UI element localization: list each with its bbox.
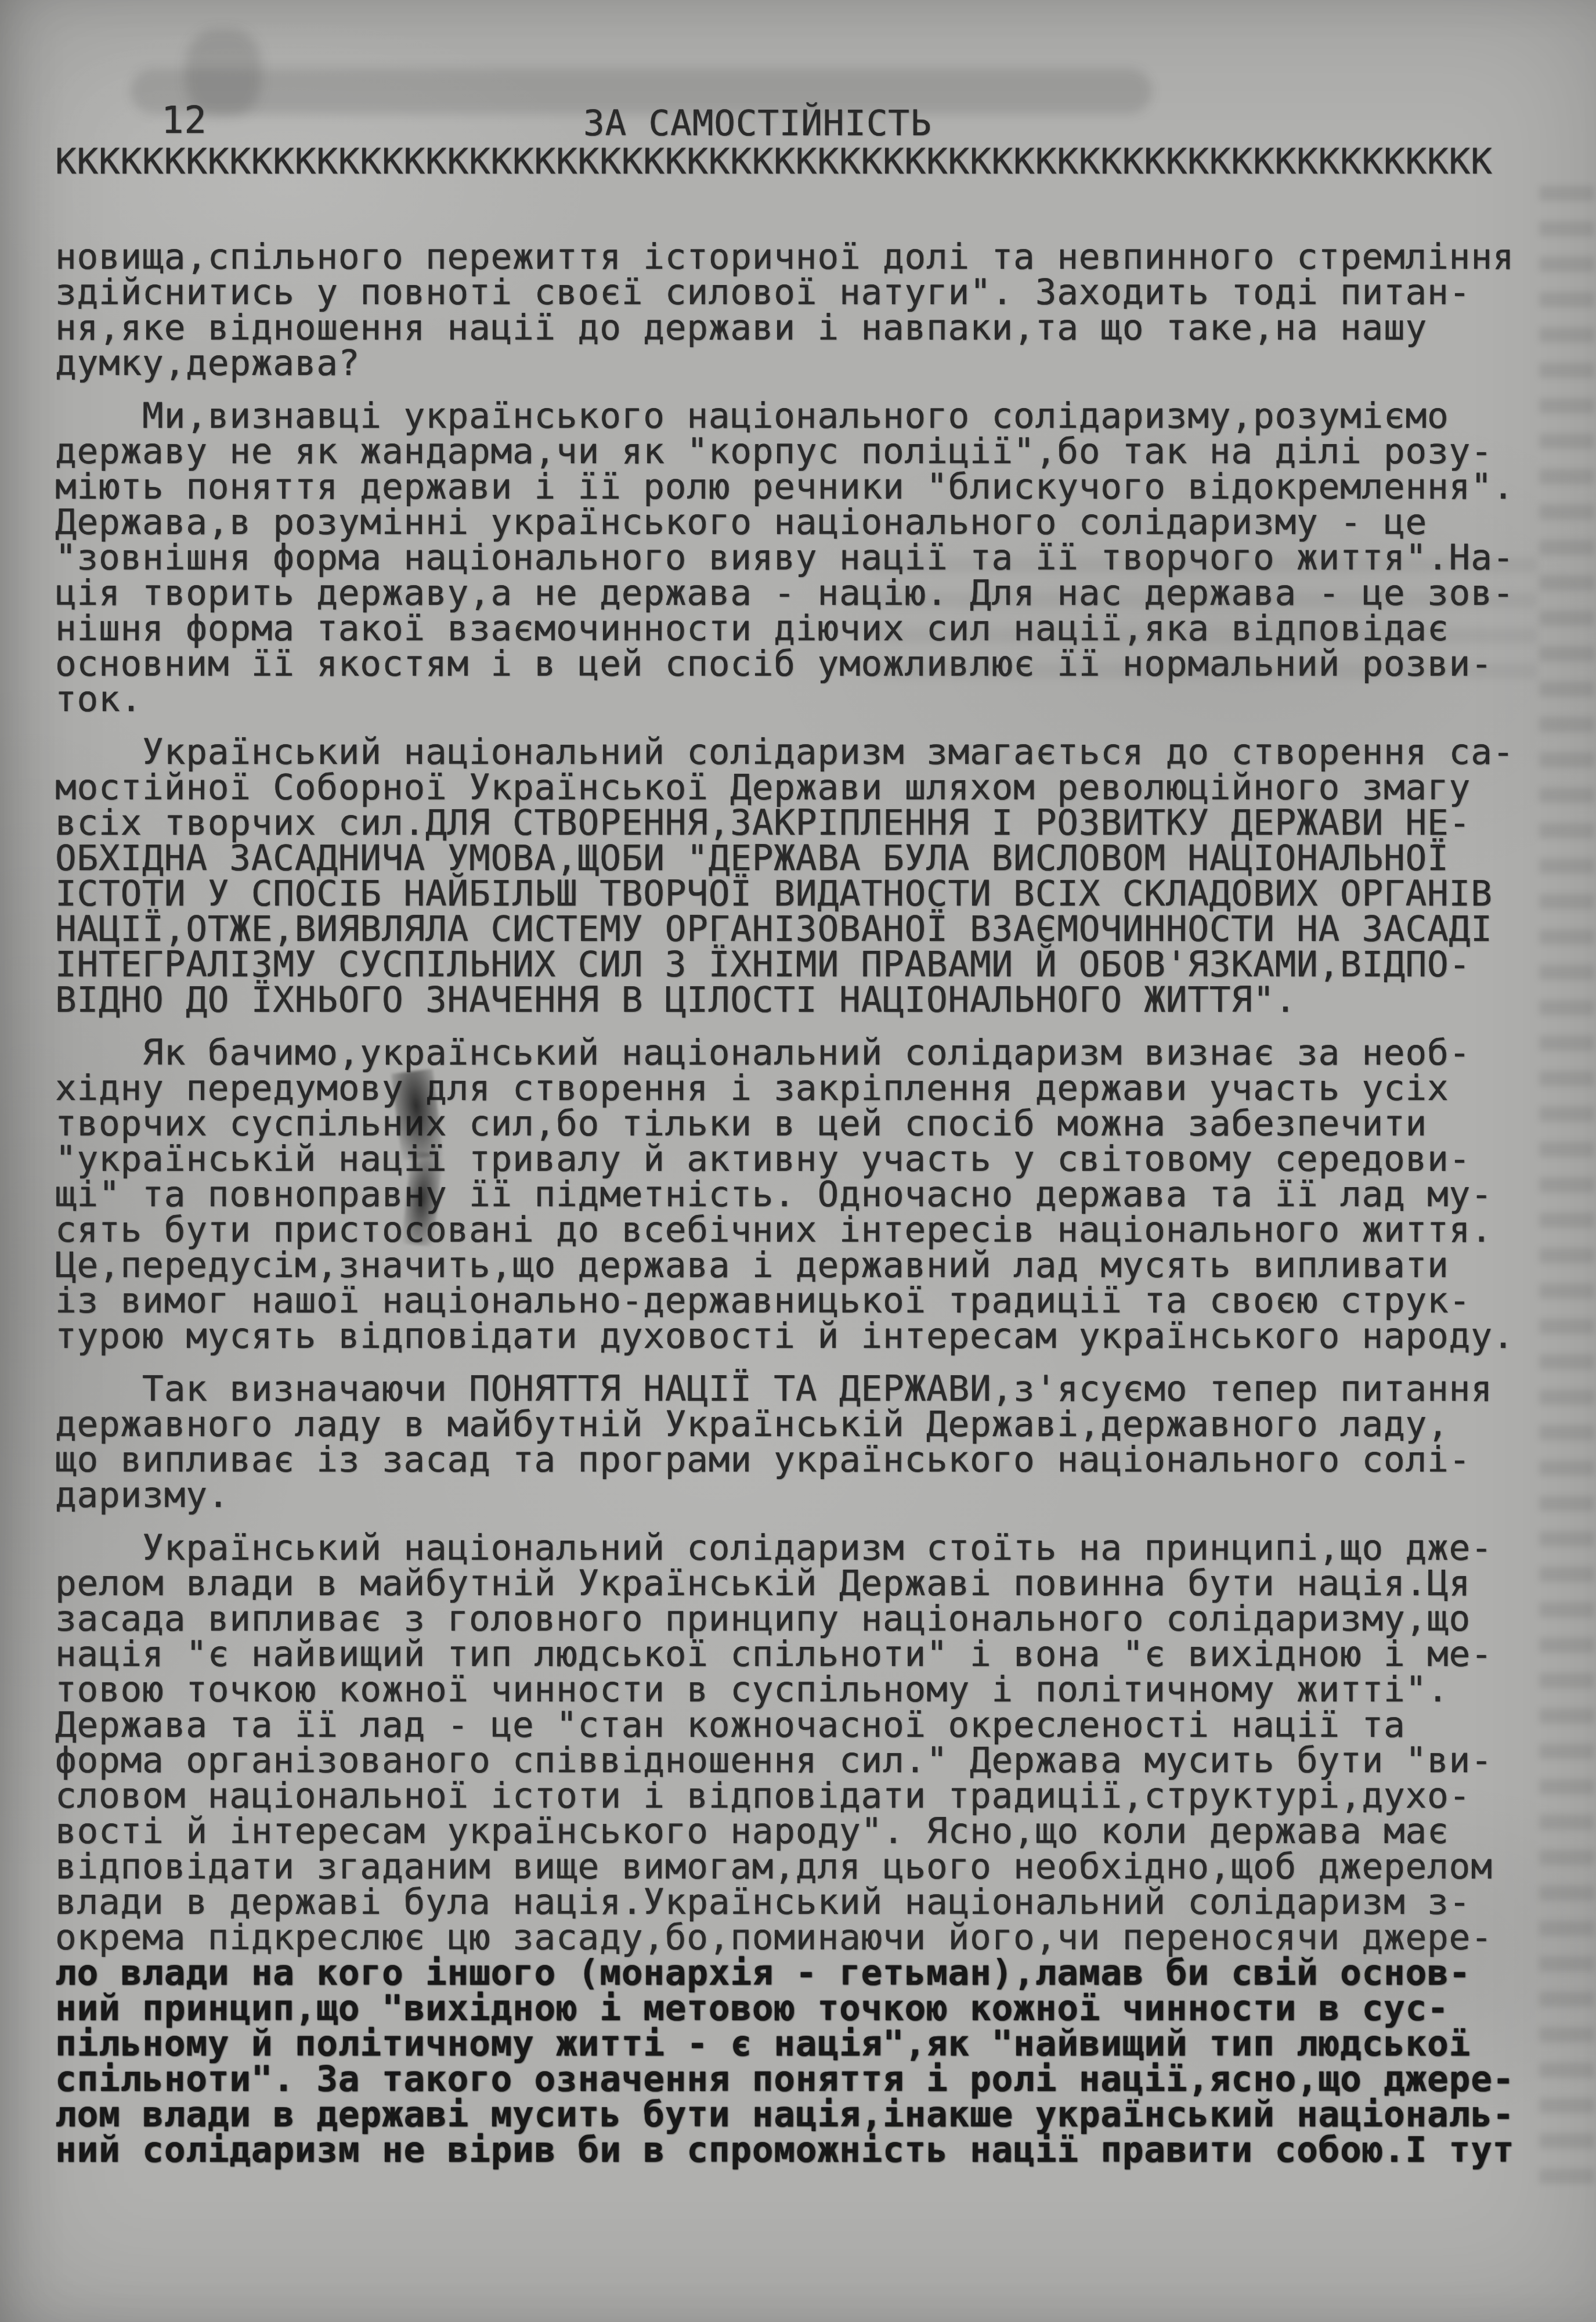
page-title: ЗА САМОСТІЙНІСТЬ [583, 106, 931, 141]
page-body: новища,спільного пережиття історичної до… [55, 239, 1532, 2185]
paragraph-6-continued: ло влади на кого іншого (монархія - геть… [55, 1955, 1532, 2168]
bleedthrough-right-margin [1539, 186, 1595, 2188]
paragraph-3: Український національний солідаризм змаг… [55, 734, 1532, 1018]
paragraph-1: новища,спільного пережиття історичної до… [55, 239, 1532, 381]
page-number: 12 [161, 103, 207, 139]
paragraph-5: Так визначаючи ПОНЯТТЯ НАЦІЇ ТА ДЕРЖАВИ,… [55, 1371, 1532, 1513]
separator-k-row: КККККККККККККККККККККККККККККККККККККККК… [55, 144, 1493, 179]
paragraph-4: Як бачимо,український національний солід… [55, 1035, 1532, 1354]
paragraph-2: Ми,визнавці українського національного с… [55, 398, 1532, 717]
paragraph-6: Український національний солідаризм стої… [55, 1530, 1532, 1955]
scanned-typewritten-page: 12 ЗА САМОСТІЙНІСТЬ КККККККККККККККККККК… [0, 0, 1596, 2322]
